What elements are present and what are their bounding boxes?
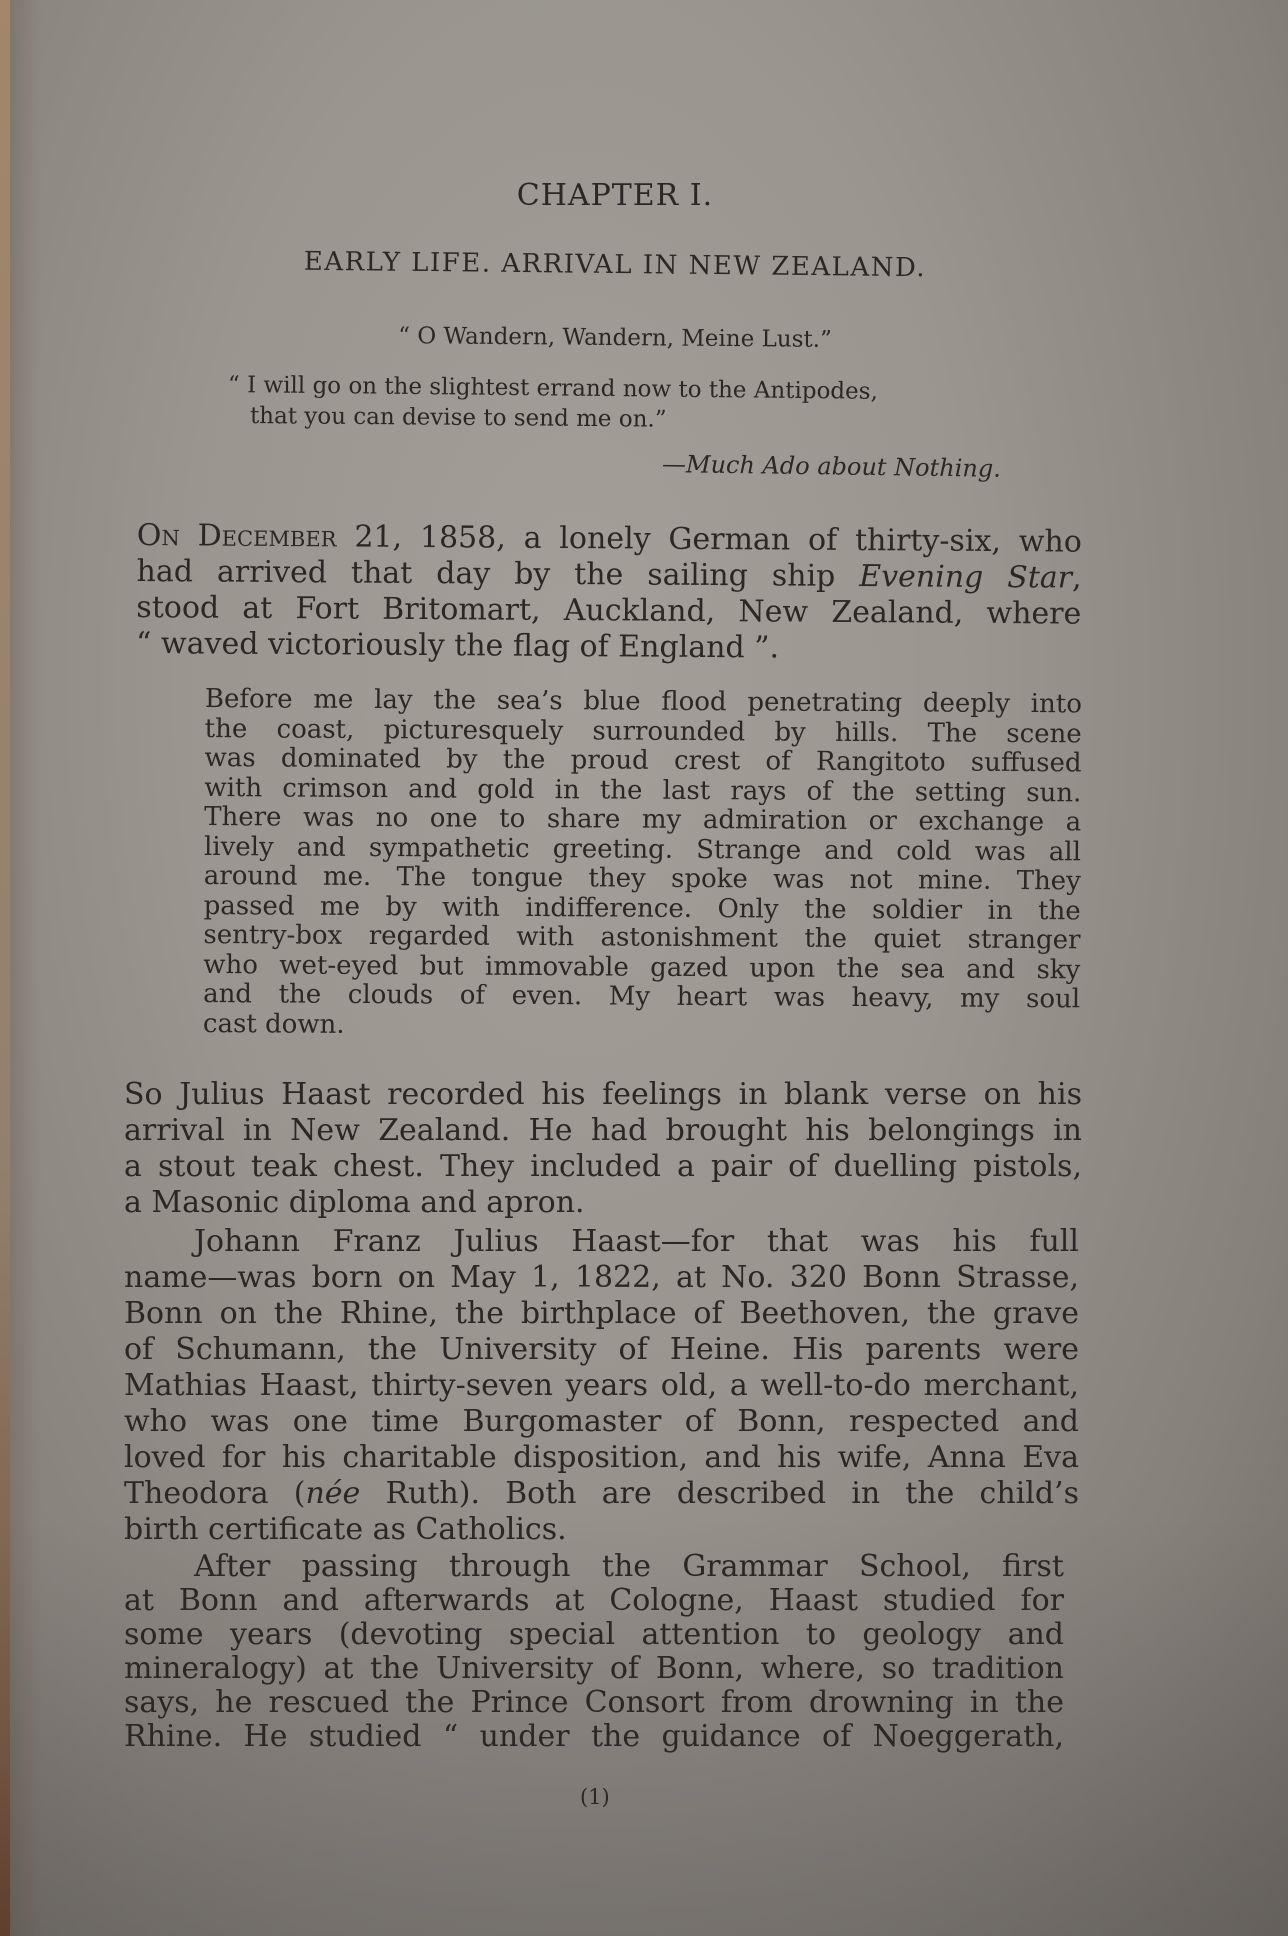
small-caps-lead: On December — [137, 518, 337, 554]
chapter-heading: CHAPTER I. — [0, 178, 1230, 213]
quote-line: cast down. — [203, 1009, 1080, 1044]
page-number: (1) — [580, 1785, 610, 1809]
paragraph-3: Johann Franz Julius Haast—for that was h… — [124, 1224, 1079, 1548]
opening-paragraph: On December 21, 1858, a lonely German of… — [136, 518, 1082, 669]
ship-name: Evening Star — [859, 559, 1072, 595]
paragraph-2: So Julius Haast recorded his feelings in… — [124, 1077, 1082, 1221]
epigraph-1: “ O Wandern, Wandern, Meine Lust.” — [0, 320, 1230, 357]
nee-italic: née — [305, 1476, 360, 1511]
epigraph-attribution: —Much Ado about Nothing. — [662, 450, 1001, 483]
epigraph-2-line-2: that you can devise to send me on.” — [250, 403, 667, 433]
epigraph-2-line-1: “ I will go on the slightest errand now … — [228, 372, 878, 405]
block-quote: Before me lay the sea’s blue flood penet… — [203, 685, 1082, 1044]
chapter-subtitle: EARLY LIFE. ARRIVAL IN NEW ZEALAND. — [0, 244, 1230, 287]
paragraph-4: After passing through the Grammar School… — [124, 1550, 1064, 1754]
